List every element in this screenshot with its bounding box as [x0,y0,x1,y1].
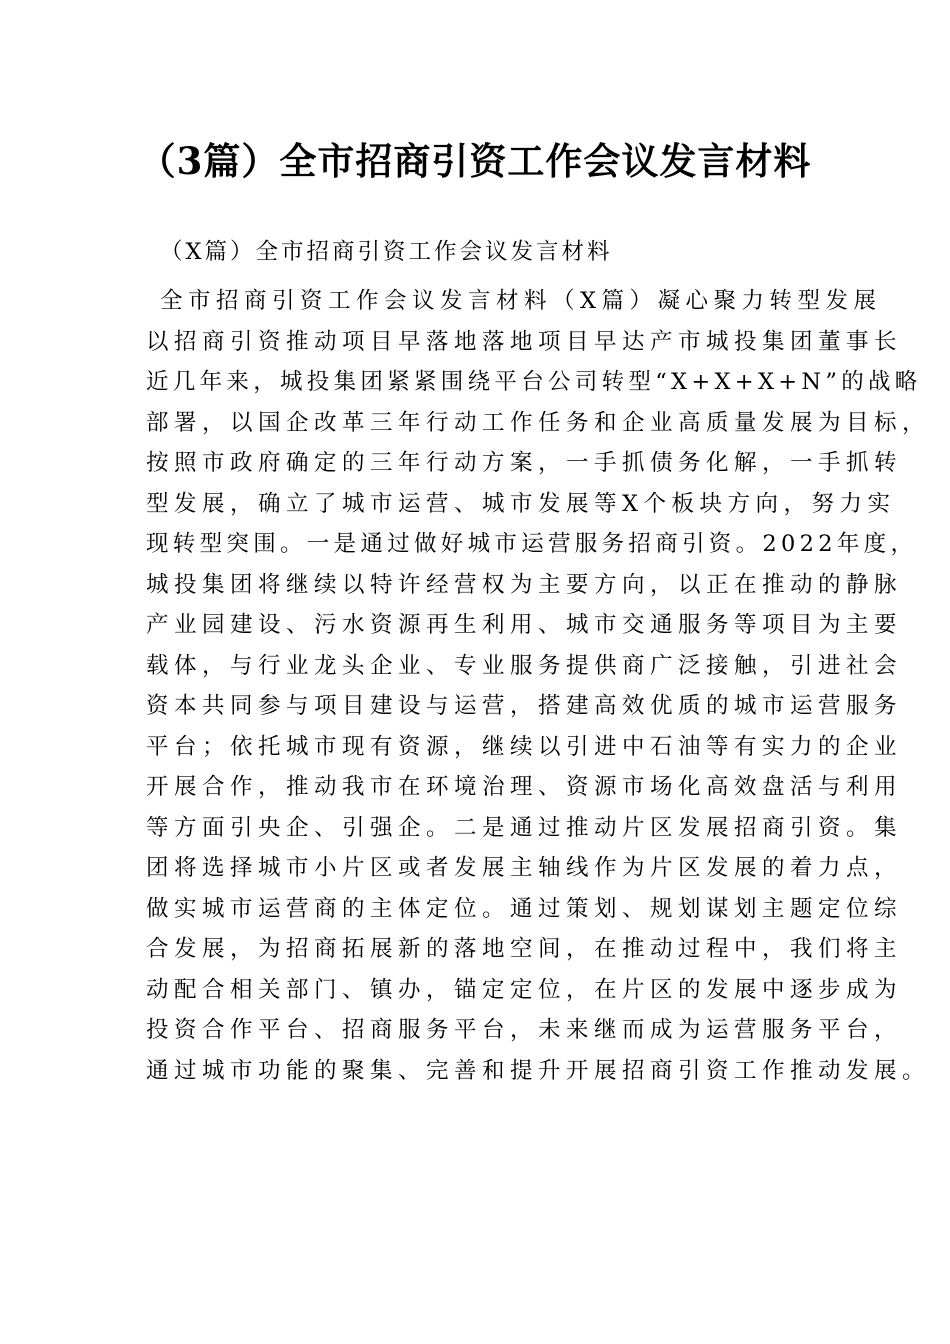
body-line: 等方面引央企、引强企。二是通过推动片区发展招商引资。集 [146,808,836,849]
body-line: 近几年来，城投集团紧紧围绕平台公司转型“X+X+X+N”的战略 [146,362,836,403]
document-title: （3篇）全市招商引资工作会议发言材料 [0,136,950,186]
body-line: 全市招商引资工作会议发言材料（X篇）凝心聚力转型发展 [146,281,836,322]
body-line: 以招商引资推动项目早落地落地项目早达产市城投集团董事长 [146,322,836,363]
body-line: 开展合作，推动我市在环境治理、资源市场化高效盘活与利用 [146,767,836,808]
body-line: 动配合相关部门、镇办，锚定定位，在片区的发展中逐步成为 [146,970,836,1011]
body-line: 载体，与行业龙头企业、专业服务提供商广泛接触，引进社会 [146,646,836,687]
body-line: 城投集团将继续以特许经营权为主要方向，以正在推动的静脉 [146,565,836,606]
body-line: 现转型突围。一是通过做好城市运营服务招商引资。2022年度， [146,524,836,565]
body-line: 资本共同参与项目建设与运营，搭建高效优质的城市运营服务 [146,686,836,727]
body-line: 团将选择城市小片区或者发展主轴线作为片区发展的着力点， [146,848,836,889]
body-line: 部署，以国企改革三年行动工作任务和企业高质量发展为目标， [146,403,836,444]
body-line: 通过城市功能的聚集、完善和提升开展招商引资工作推动发展。 [146,1051,836,1092]
body-line: 型发展，确立了城市运营、城市发展等X个板块方向，努力实 [146,484,836,525]
body-line: 产业园建设、污水资源再生利用、城市交通服务等项目为主要 [146,605,836,646]
body-line: 合发展，为招商拓展新的落地空间，在推动过程中，我们将主 [146,929,836,970]
body-line: 按照市政府确定的三年行动方案，一手抓债务化解，一手抓转 [146,443,836,484]
body-line: 投资合作平台、招商服务平台，未来继而成为运营服务平台， [146,1010,836,1051]
body-line: 做实城市运营商的主体定位。通过策划、规划谋划主题定位综 [146,889,836,930]
document-body: 全市招商引资工作会议发言材料（X篇）凝心聚力转型发展 以招商引资推动项目早落地落… [146,281,836,1091]
document-page: （3篇）全市招商引资工作会议发言材料 （X篇）全市招商引资工作会议发言材料 全市… [0,0,950,1344]
document-subtitle: （X篇）全市招商引资工作会议发言材料 [160,234,613,270]
body-line: 平台；依托城市现有资源，继续以引进中石油等有实力的企业 [146,727,836,768]
